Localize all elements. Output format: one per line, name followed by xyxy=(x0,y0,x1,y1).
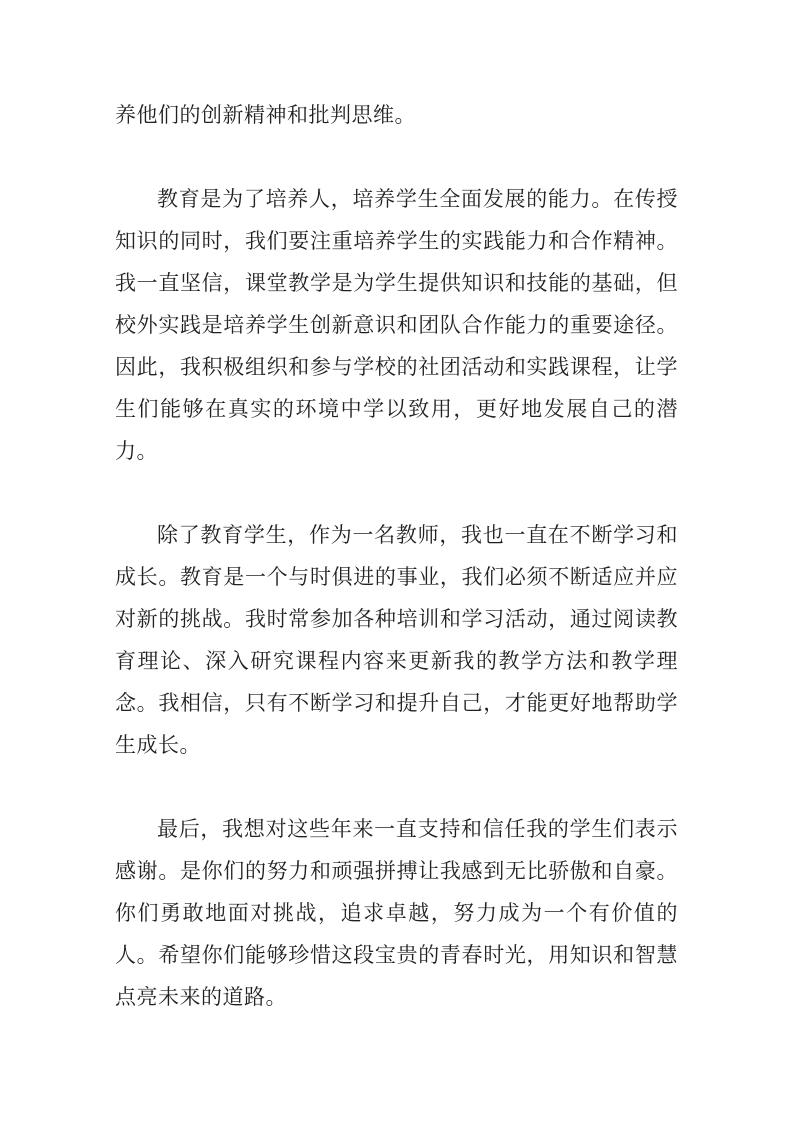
paragraph-continuation-line: 养他们的创新精神和批判思维。 xyxy=(115,94,678,136)
paragraph-teacher-growth: 除了教育学生，作为一名教师，我也一直在不断学习和成长。教育是一个与时俱进的事业，… xyxy=(115,514,678,766)
document-page: 养他们的创新精神和批判思维。 教育是为了培养人，培养学生全面发展的能力。在传授知… xyxy=(0,0,793,1122)
paragraph-education-purpose: 教育是为了培养人，培养学生全面发展的能力。在传授知识的同时，我们要注重培养学生的… xyxy=(115,178,678,472)
document-body: 养他们的创新精神和批判思维。 教育是为了培养人，培养学生全面发展的能力。在传授知… xyxy=(115,94,678,1018)
paragraph-thanks-students: 最后，我想对这些年来一直支持和信任我的学生们表示感谢。是你们的努力和顽强拼搏让我… xyxy=(115,808,678,1018)
